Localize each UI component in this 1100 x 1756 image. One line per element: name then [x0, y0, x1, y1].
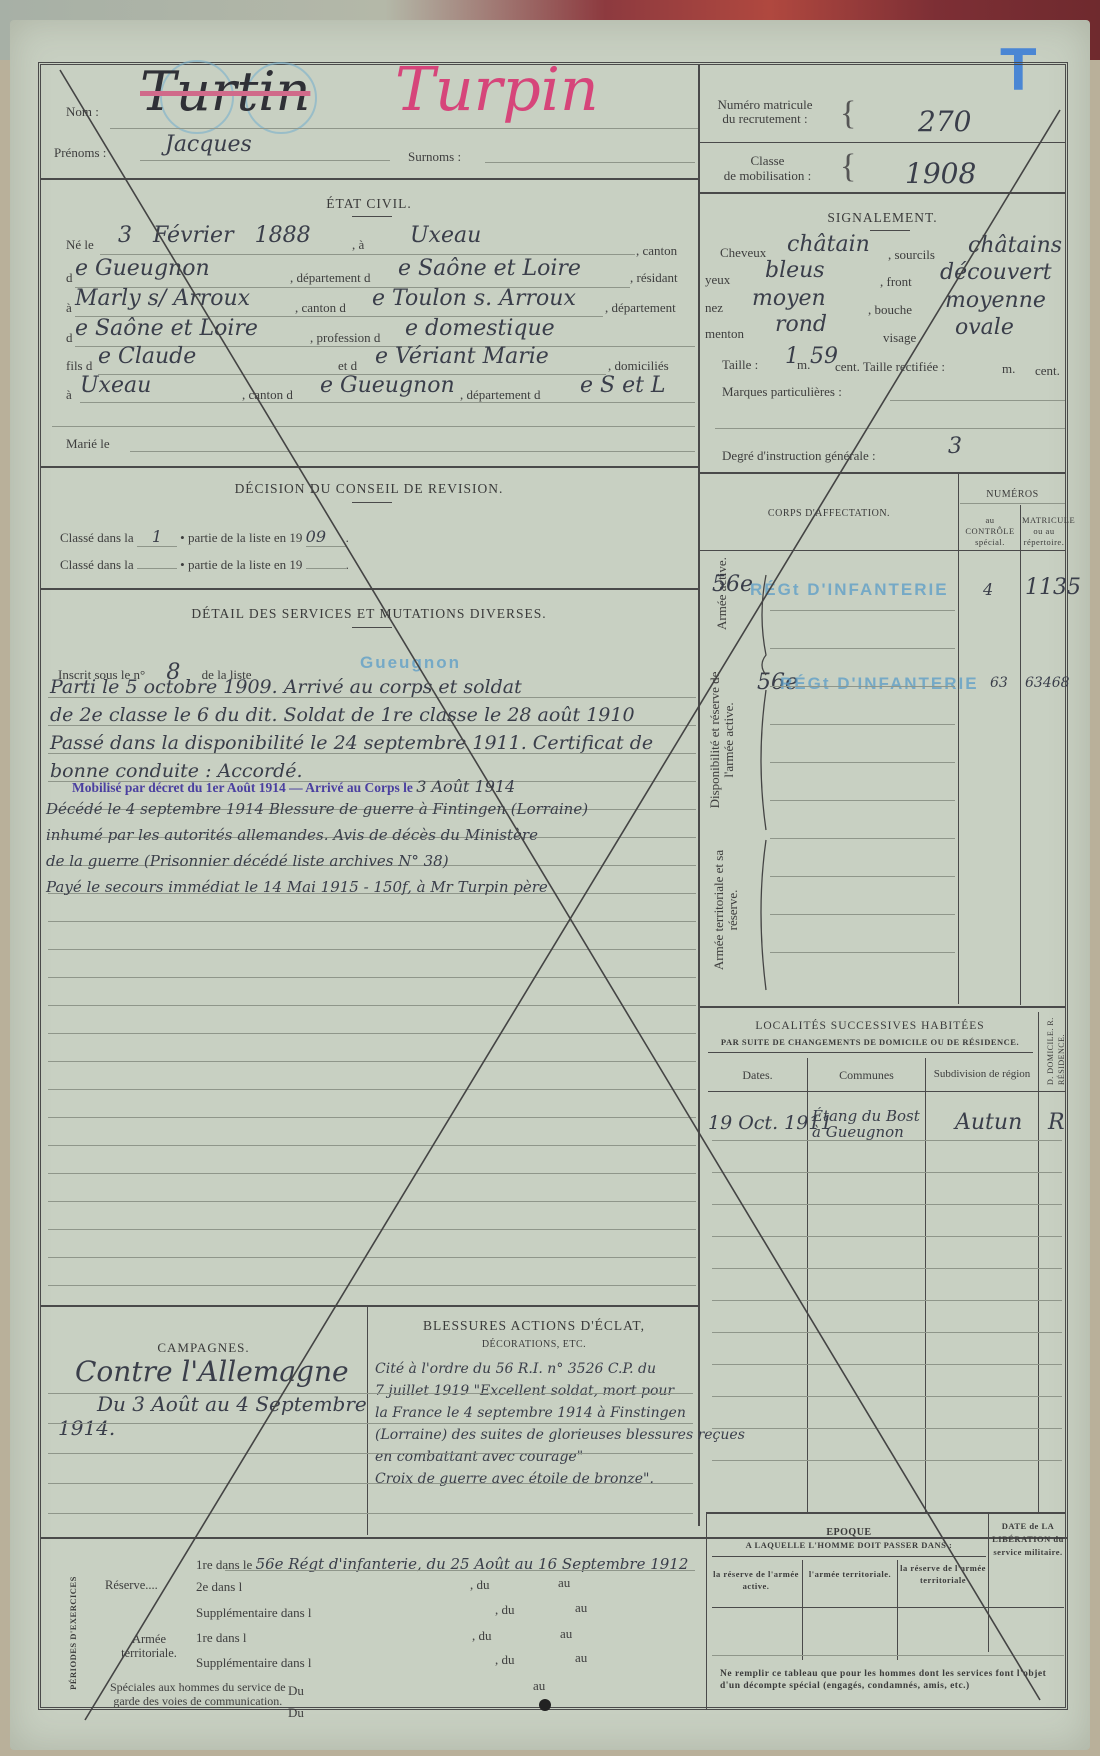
ruled-line: [48, 1089, 696, 1090]
classe-row2: Classé dans la • partie de la liste en 1…: [60, 557, 349, 573]
localites-subtitle: PAR SUITE DE CHANGEMENTS DE DOMICILE OU …: [705, 1037, 1035, 1047]
ruled-line: [48, 921, 696, 922]
canton-parents: e Gueugnon: [320, 373, 455, 398]
canton-label: , canton d: [242, 387, 293, 403]
du-label: , du: [495, 1652, 515, 1668]
ruled-line: [770, 724, 955, 725]
field-underline: [130, 451, 695, 452]
classe-label-line2: de mobilisation :: [705, 168, 830, 183]
blessure-line: en combattant avec courage": [375, 1446, 745, 1468]
title-rule: [870, 230, 910, 231]
service-line: inhumé par les autorités allemandes. Avi…: [46, 822, 588, 848]
front-label: , front: [880, 274, 912, 290]
numeros-title: NUMÉROS: [960, 489, 1065, 500]
nez-value: moyen: [752, 286, 826, 311]
lieu-naissance: Uxeau: [410, 223, 481, 248]
cent-label: cent.: [1035, 363, 1060, 379]
matricule-label: Numéro matricule du recrutement :: [705, 98, 825, 126]
ruled-line: [48, 977, 696, 978]
section-divider: [700, 1006, 1065, 1008]
canton-label: , canton d: [295, 300, 346, 316]
table-rule: [712, 1655, 1064, 1656]
ruled-line: [48, 1393, 693, 1394]
col-date-liberation: DATE de LA LIBÉRATION du service militai…: [992, 1520, 1064, 1559]
conseil-revision-title: DÉCISION DU CONSEIL DE REVISION.: [40, 481, 698, 497]
visage-value: ovale: [955, 315, 1014, 340]
ruled-line: [48, 1117, 696, 1118]
epoque-note: Ne remplir ce tableau que pour les homme…: [720, 1668, 1060, 1692]
ruled-line: [48, 1145, 696, 1146]
classe-row1-middle: • partie de la liste en 19: [180, 530, 302, 545]
de-label: d: [66, 330, 73, 346]
surnoms-underline: [485, 162, 695, 163]
yeux-label: yeux: [705, 272, 730, 288]
column-divider: [698, 64, 700, 1526]
blessure-line: Cité à l'ordre du 56 R.I. n° 3526 C.P. d…: [375, 1358, 745, 1380]
fils-label: fils d: [66, 358, 92, 374]
ruled-line: [770, 762, 955, 763]
et-label: et d: [338, 358, 357, 374]
a-label: à: [66, 387, 72, 403]
campagne-line: Contre l'Allemagne: [75, 1355, 349, 1388]
col-controle: au CONTRÔLE spécial.: [961, 515, 1019, 548]
etat-civil-title: ÉTAT CIVIL.: [40, 196, 698, 212]
header-rule: [960, 503, 1065, 504]
surnoms-label: Surnoms :: [408, 149, 461, 165]
ruled-line: [712, 1140, 1062, 1141]
sourcils-label: , sourcils: [888, 247, 935, 263]
classe-row1-prefix: Classé dans la: [60, 530, 134, 545]
ruled-line: [770, 914, 955, 915]
ruled-line: [770, 952, 955, 953]
field-underline: [890, 400, 1065, 401]
column-divider: [706, 1512, 707, 1710]
classe-row2-prefix: Classé dans la: [60, 557, 134, 572]
periode-row: Supplémentaire dans l: [196, 1655, 312, 1671]
speciales-label: Spéciales aux hommes du service de garde…: [110, 1680, 286, 1708]
bouche-label: , bouche: [868, 302, 912, 318]
brace-icon: {: [840, 148, 856, 186]
m-label: m.: [1002, 361, 1015, 377]
title-rule: [352, 216, 392, 217]
classe-value: 1908: [905, 157, 976, 190]
section-divider: [40, 1305, 698, 1307]
ruled-line: [770, 686, 955, 687]
service-line: Parti le 5 octobre 1909. Arrivé au corps…: [50, 673, 653, 701]
nom-corrected: Turpin: [395, 55, 599, 125]
taille-label: Taille :: [722, 357, 758, 373]
ruled-line: [770, 648, 955, 649]
visage-label: visage: [883, 330, 916, 346]
ruled-line: [770, 876, 955, 877]
territoriale-label: Armée territoriale.: [110, 1632, 188, 1660]
col-dates: Dates.: [708, 1068, 807, 1083]
pere: e Claude: [98, 344, 196, 369]
domicilies-label: , domiciliés: [608, 358, 669, 374]
classe-row2-partie: [137, 568, 177, 569]
periode-prefix: Supplémentaire dans l: [196, 1655, 312, 1670]
header-rule: [708, 1091, 1065, 1092]
section-divider: [706, 1512, 1066, 1514]
classe-row1-partie: 1: [137, 527, 177, 547]
column-divider: [1038, 1012, 1039, 1512]
speciales-label-line1: Spéciales aux hommes du service de: [110, 1680, 286, 1694]
classe-row2-middle: • partie de la liste en 19: [180, 557, 302, 572]
classe-row1-year: 09: [306, 527, 346, 547]
ruled-line: [770, 610, 955, 611]
taille-cm-value: 59: [810, 344, 838, 369]
du-label: Du: [288, 1705, 304, 1721]
canton-label: , canton: [636, 243, 677, 259]
header-rule: [708, 1052, 1033, 1053]
section-divider: [40, 466, 698, 468]
ruled-line: [712, 1300, 1062, 1301]
cheveux-value: châtain: [787, 232, 870, 257]
campagnes-title: CAMPAGNES.: [40, 1340, 367, 1356]
classe-label: Classe de mobilisation :: [705, 153, 830, 183]
column-divider: [897, 1560, 898, 1660]
ruled-line: [712, 1332, 1062, 1333]
du-label: , du: [472, 1628, 492, 1644]
au-label: au: [558, 1575, 570, 1591]
menton-value: rond: [775, 312, 827, 337]
du-label: , du: [470, 1577, 490, 1593]
ruled-line: [48, 1173, 696, 1174]
departement-label: , département: [605, 300, 676, 316]
matricule-value: 270: [918, 105, 971, 138]
field-underline: [715, 428, 1065, 429]
nez-label: nez: [705, 300, 723, 316]
au-label: au: [575, 1600, 587, 1616]
departement-label: , département d: [460, 387, 541, 403]
marie-label: Marié le: [66, 436, 110, 452]
classe-row2-year: [306, 568, 346, 569]
reserve-label: Réserve....: [105, 1578, 158, 1593]
ruled-line: [770, 800, 955, 801]
blessures-entries: Cité à l'ordre du 56 R.I. n° 3526 C.P. d…: [375, 1358, 745, 1490]
canton-residence: e Toulon s. Arroux: [372, 286, 576, 311]
matricule-label-line1: Numéro matricule: [705, 98, 825, 112]
departement-residence: e Saône et Loire: [75, 316, 258, 341]
campagne-line: 1914.: [58, 1416, 115, 1440]
controle-disponibilite: 63: [990, 675, 1008, 691]
canton-naissance: e Gueugnon: [75, 256, 210, 281]
du-label: Du: [288, 1683, 304, 1699]
corps-affectation-title: CORPS D'AFFECTATION.: [700, 508, 958, 519]
nom-underline: [110, 128, 700, 129]
section-divider: [700, 472, 1065, 474]
ruled-line: [48, 1285, 696, 1286]
degre-value: 3: [948, 434, 962, 459]
nom-struck: Turtin: [140, 60, 310, 123]
liste-stamp: Gueugnon: [360, 653, 461, 673]
classe-label-line1: Classe: [705, 153, 830, 168]
service-line: de 2e classe le 6 du dit. Soldat de 1re …: [50, 701, 653, 729]
periode-prefix: 1re dans l: [196, 1630, 247, 1645]
regiment-num-active: 56e: [712, 572, 753, 597]
ruled-line: [712, 1428, 1062, 1429]
brace-icon: {: [840, 95, 856, 133]
col-domicile-residence: D. DOMICILE. R. RÉSIDENCE.: [1045, 1010, 1067, 1085]
nom-label: Nom :: [66, 104, 99, 120]
departement-parents: e S et L: [580, 373, 666, 398]
services-entries: Parti le 5 octobre 1909. Arrivé au corps…: [50, 673, 653, 785]
section-label-disponibilite: Disponibilité et réserve de l'armée acti…: [708, 660, 736, 820]
section-divider: [40, 178, 698, 180]
ruled-line: [48, 1061, 696, 1062]
regiment-stamp-active: RÉGt D'INFANTERIE: [750, 580, 949, 600]
menton-label: menton: [705, 326, 744, 342]
field-underline: [52, 426, 695, 427]
column-divider: [988, 1512, 989, 1652]
service-line: Payé le secours immédiat le 14 Mai 1915 …: [46, 874, 588, 900]
ruled-line: [712, 1460, 1062, 1461]
classe-row1: Classé dans la 1 • partie de la liste en…: [60, 527, 349, 547]
prenoms-value: Jacques: [165, 132, 252, 157]
ruled-line: [48, 949, 696, 950]
section-divider: [700, 192, 1065, 194]
service-line: de la guerre (Prisonnier décédé liste ar…: [46, 848, 588, 874]
du-label: , du: [495, 1602, 515, 1618]
column-divider: [367, 1305, 368, 1535]
periode-row: 1re dans l: [196, 1630, 247, 1646]
mobilise-date: 3 Août 1914: [416, 777, 515, 796]
section-label-territoriale: Armée territoriale et sa réserve.: [712, 845, 740, 975]
header-rule: [712, 1556, 986, 1557]
blessures-subtitle: DÉCORATIONS, ETC.: [370, 1339, 698, 1350]
a-label: à: [66, 300, 72, 316]
m-label: m.: [797, 357, 810, 373]
field-underline: [100, 254, 635, 255]
epoque-title: EPOQUE: [710, 1527, 988, 1538]
departement-label: , département d: [290, 270, 371, 286]
ruled-line: [770, 838, 955, 839]
periodes-side-label: PÉRIODES D'EXERCICES: [68, 1568, 78, 1698]
ruled-line: [712, 1204, 1062, 1205]
cheveux-label: Cheveux: [720, 245, 766, 261]
blessure-line: Croix de guerre avec étoile de bronze".: [375, 1468, 745, 1490]
cent-label: cent. Taille rectifiée :: [835, 359, 945, 375]
col-subdivision: Subdivision de région: [926, 1068, 1038, 1080]
residant-label: , résidant: [630, 270, 678, 286]
service-line: Décédé le 4 septembre 1914 Blessure de g…: [46, 796, 588, 822]
matricule-label-line2: du recrutement :: [705, 112, 825, 126]
ruled-line: [48, 1483, 693, 1484]
col-communes: Communes: [808, 1068, 925, 1083]
header-rule: [712, 1607, 1064, 1608]
ruled-line: [48, 1513, 693, 1514]
au-label: au: [560, 1626, 572, 1642]
periode-prefix: 2e dans l: [196, 1579, 242, 1594]
periode-row: 2e dans l: [196, 1579, 242, 1595]
ruled-line: [712, 1396, 1062, 1397]
section-divider: [40, 588, 698, 590]
speciales-label-line2: garde des voies de communication.: [110, 1694, 286, 1708]
mobilise-label: Mobilisé par décret du 1er Août 1914 — A…: [72, 780, 413, 795]
au-label: au: [533, 1678, 545, 1694]
ruled-line: [225, 1570, 695, 1571]
ruled-line: [48, 1229, 696, 1230]
blessure-line: 7 juillet 1919 "Excellent soldat, mort p…: [375, 1380, 745, 1402]
prenoms-label: Prénoms :: [54, 145, 106, 161]
ne-le-label: Né le: [66, 237, 94, 253]
col-reserve-active: la réserve de l'armée active.: [710, 1568, 802, 1592]
degre-label: Degré d'instruction générale :: [722, 448, 876, 464]
localite-type: R: [1048, 1110, 1065, 1135]
col-matricule: MATRICULE ou au répertoire.: [1022, 515, 1066, 548]
periode-prefix: Supplémentaire dans l: [196, 1605, 312, 1620]
campagne-line: Du 3 Août au 4 Septembre: [97, 1392, 367, 1416]
ruled-line: [48, 1257, 696, 1258]
column-divider: [1020, 505, 1021, 1005]
mobilise-row: Mobilisé par décret du 1er Août 1914 — A…: [72, 777, 515, 796]
profession-label: , profession d: [310, 330, 380, 346]
signalement-title: SIGNALEMENT.: [700, 210, 1065, 226]
au-label: au: [575, 1650, 587, 1666]
field-underline: [80, 402, 695, 403]
front-value: découvert: [940, 260, 1052, 285]
blessures-title: BLESSURES ACTIONS D'ÉCLAT,: [370, 1318, 698, 1334]
localite-subdivision: Autun: [955, 1110, 1022, 1135]
ruled-line: [48, 1423, 693, 1424]
ruled-line: [48, 1453, 693, 1454]
matricule-disponibilite: 63468: [1025, 675, 1070, 691]
prenoms-underline: [140, 160, 390, 161]
ruled-line: [48, 1005, 696, 1006]
date-naissance: 3 Février 1888: [118, 223, 311, 248]
ruled-line: [712, 1364, 1062, 1365]
service-line: Passé dans la disponibilité le 24 septem…: [50, 729, 653, 757]
ruled-line: [712, 1236, 1062, 1237]
domicile-parents: Uxeau: [80, 373, 151, 398]
title-rule: [352, 627, 392, 628]
matricule-active: 1135: [1025, 575, 1081, 600]
ruled-line: [48, 1033, 696, 1034]
col-reserve-territoriale: la réserve de l'armée territoriale: [899, 1562, 987, 1586]
localites-title: LOCALITÉS SUCCESSIVES HABITÉES: [705, 1020, 1035, 1032]
residence: Marly s/ Arroux: [75, 286, 250, 311]
epoque-subtitle: A LAQUELLE L'HOMME DOIT PASSER DANS :: [710, 1540, 988, 1550]
blessure-line: (Lorraine) des suites de glorieuses bles…: [375, 1424, 745, 1446]
mere: e Vériant Marie: [375, 344, 549, 369]
regiment-stamp-disponibilite: RÉGt D'INFANTERIE: [780, 674, 979, 694]
a-label: , à: [352, 237, 364, 253]
marques-label: Marques particulières :: [722, 384, 842, 400]
services-entries-2: Décédé le 4 septembre 1914 Blessure de g…: [46, 796, 588, 900]
services-title: DÉTAIL DES SERVICES ET MUTATIONS DIVERSE…: [40, 606, 698, 622]
profession: e domestique: [405, 316, 555, 341]
column-divider: [925, 1058, 926, 1512]
ruled-line: [48, 1201, 696, 1202]
sourcils-value: châtains: [968, 233, 1062, 258]
blessure-line: la France le 4 septembre 1914 à Finsting…: [375, 1402, 745, 1424]
ruled-line: [712, 1268, 1062, 1269]
localite-commune: Étang du Bost à Gueugnon: [812, 1108, 924, 1140]
header-divider: [700, 550, 1065, 551]
col-armee-territoriale: l'armée territoriale.: [804, 1568, 896, 1580]
departement-naissance: e Saône et Loire: [398, 256, 581, 281]
ruled-line: [712, 1172, 1062, 1173]
periode-row: Supplémentaire dans l: [196, 1605, 312, 1621]
de-label: d: [66, 270, 73, 286]
column-divider: [802, 1560, 803, 1660]
section-divider: [700, 142, 1065, 143]
column-divider: [958, 474, 959, 1004]
title-rule: [352, 502, 392, 503]
controle-active: 4: [983, 580, 993, 599]
bouche-value: moyenne: [945, 288, 1046, 313]
yeux-value: bleus: [765, 258, 825, 283]
